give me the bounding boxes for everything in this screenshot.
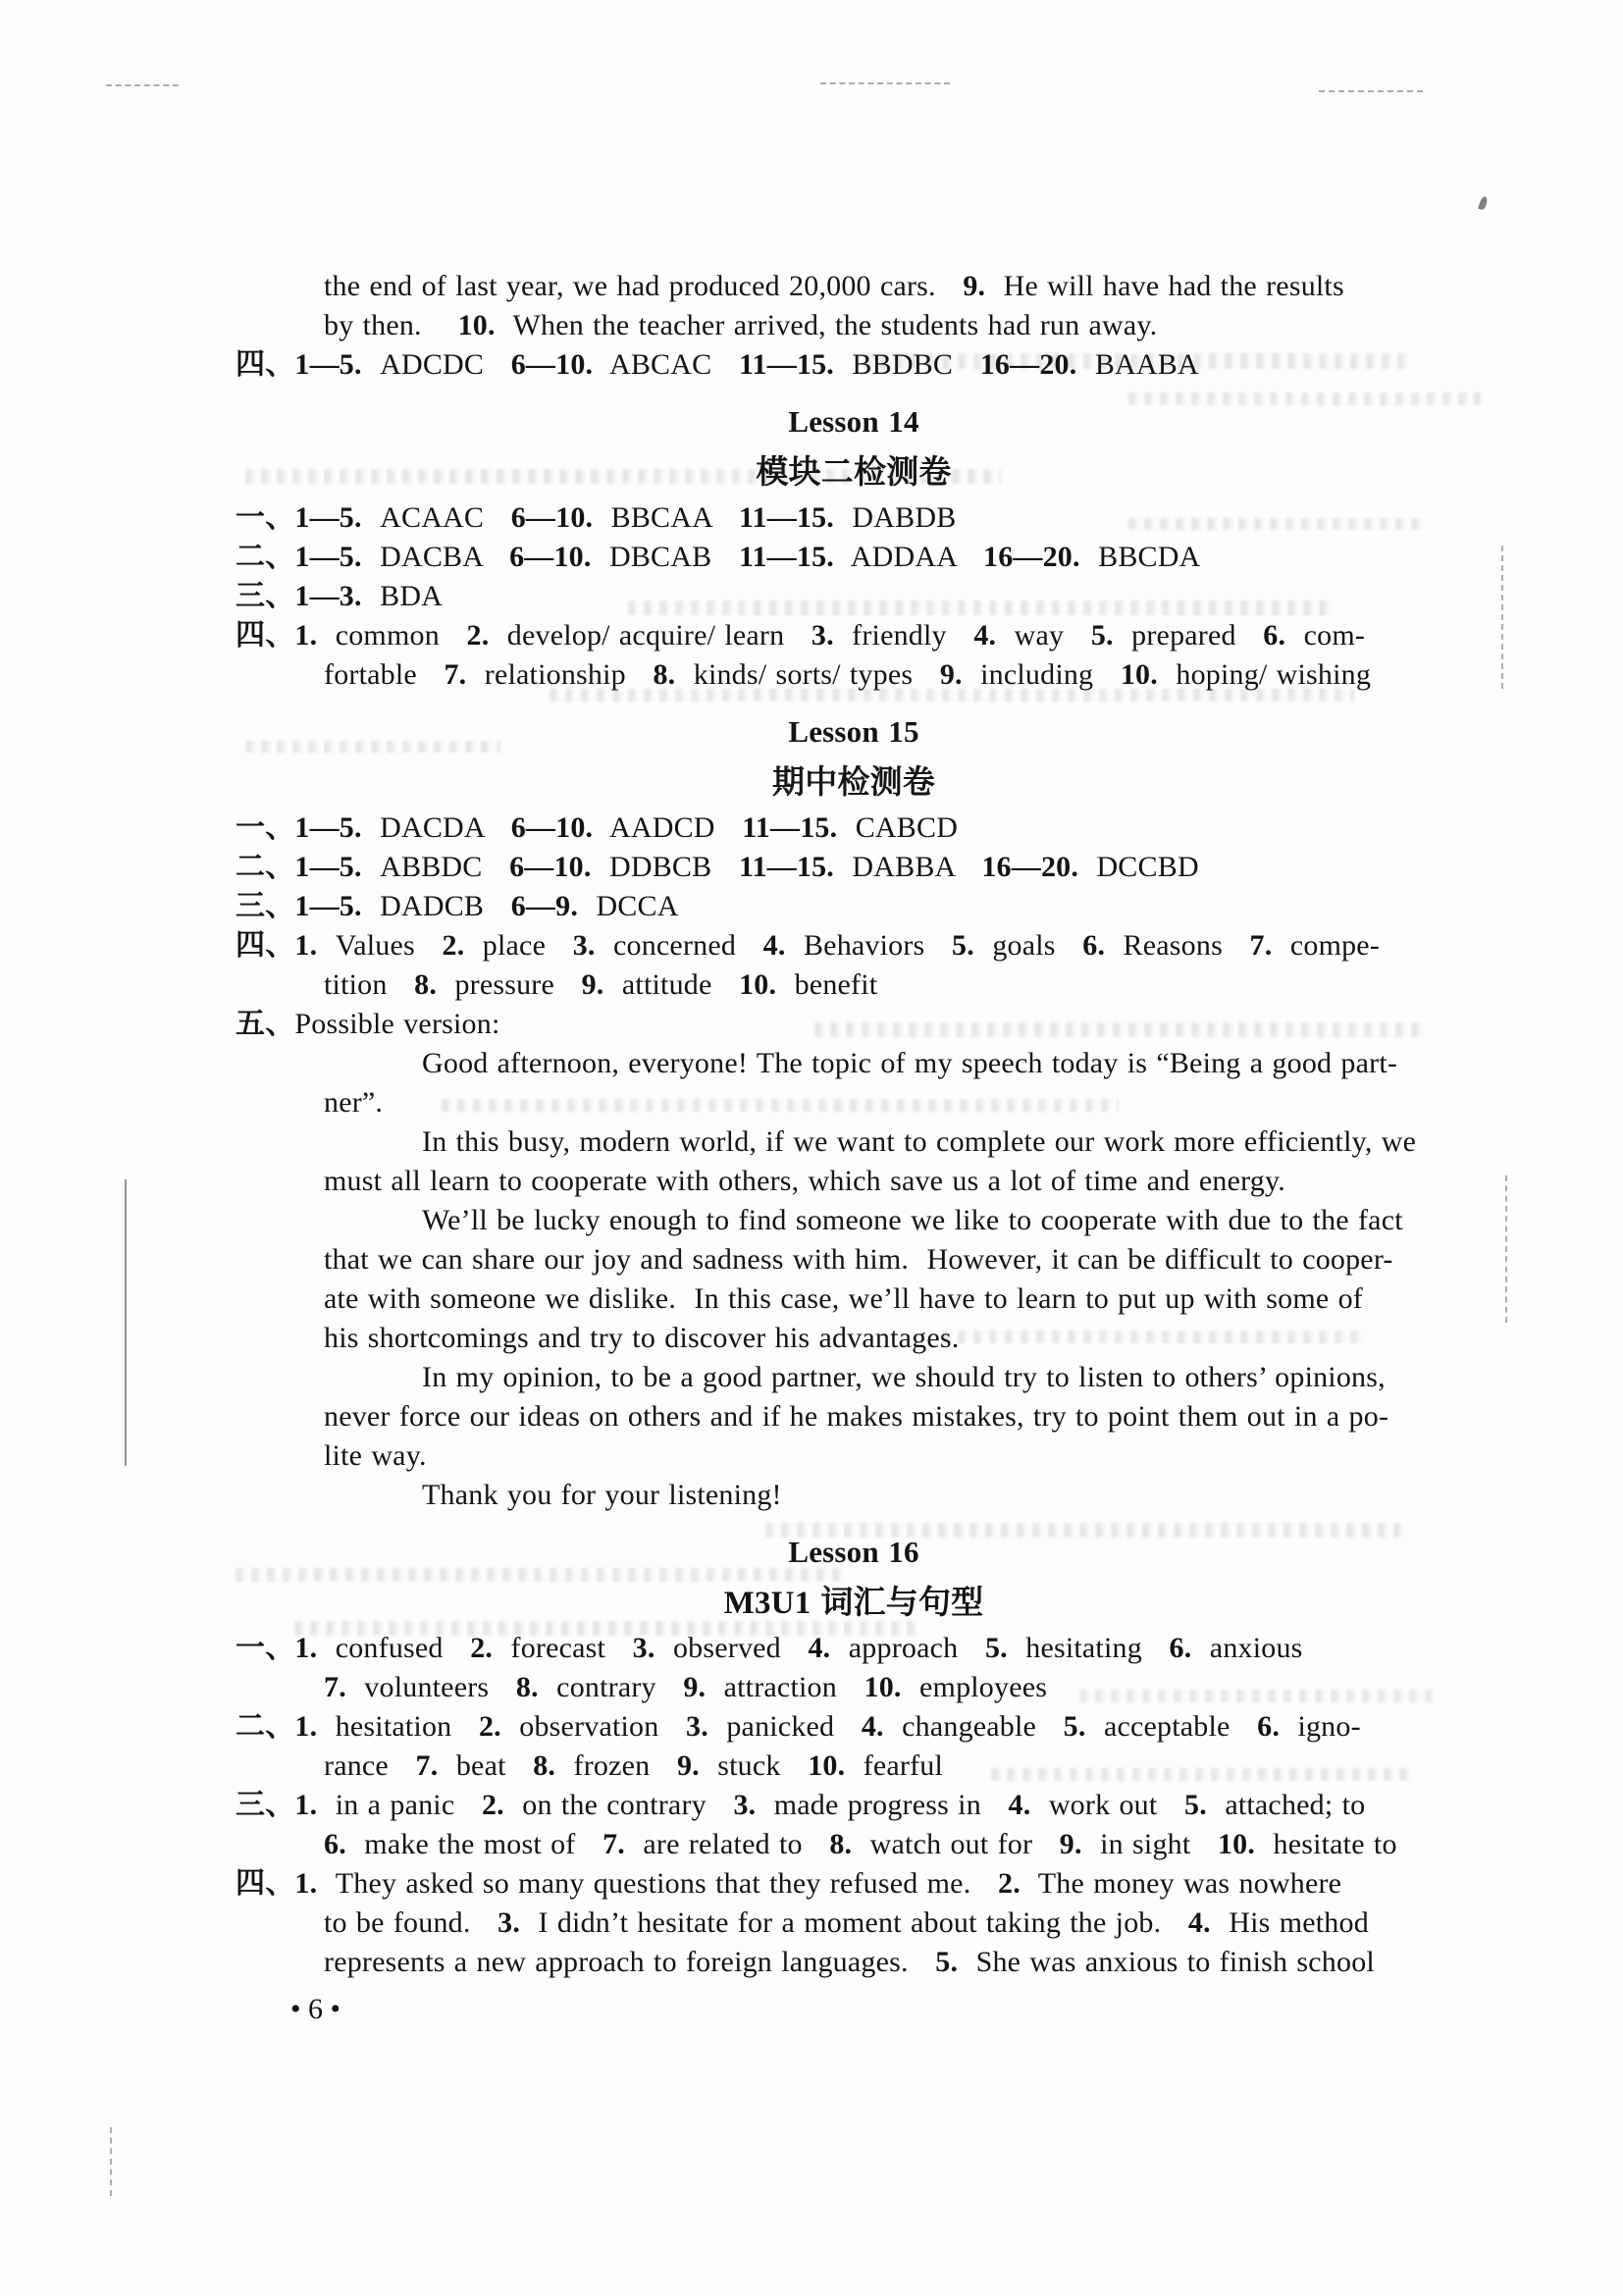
- answer-line-continued: 6. make the most of 7. are related to 8.…: [324, 1825, 1623, 1864]
- answer-line: 二、1—5. DACBA 6—10. DBCAB 11—15. ADDAA 16…: [236, 538, 1623, 577]
- section-title: 期中检测卷: [236, 763, 1472, 803]
- answer-line-continued: fortable 7. relationship 8. kinds/ sorts…: [324, 655, 1623, 695]
- speech-paragraph-line: never force our ideas on others and if h…: [324, 1397, 1623, 1436]
- answer-line-continued: by then. 10. When the teacher arrived, t…: [324, 306, 1623, 345]
- answer-line-continued: rance 7. beat 8. frozen 9. stuck 10. fea…: [324, 1747, 1623, 1786]
- answer-line-continued: 7. volunteers 8. contrary 9. attraction …: [324, 1668, 1623, 1707]
- scan-artifact-dash: [1319, 90, 1423, 92]
- answer-line: 四、1—5. ADCDC 6—10. ABCAC 11—15. BBDBC 16…: [236, 345, 1623, 385]
- speech-paragraph-line: Good afternoon, everyone! The topic of m…: [422, 1044, 1623, 1083]
- answer-line: 二、1—5. ABBDC 6—10. DDBCB 11—15. DABBA 16…: [236, 848, 1623, 887]
- answer-line-continued: the end of last year, we had produced 20…: [324, 267, 1623, 306]
- speech-paragraph-line: his shortcomings and try to discover his…: [324, 1319, 1623, 1358]
- scan-artifact-dash: [110, 2127, 112, 2196]
- text-column: the end of last year, we had produced 20…: [0, 267, 1623, 1982]
- answer-line: 四、1. They asked so many questions that t…: [236, 1864, 1623, 1904]
- answer-line: 一、1. confused 2. forecast 3. observed 4.…: [236, 1629, 1623, 1668]
- speech-paragraph-line: Thank you for your listening!: [422, 1476, 1623, 1515]
- answer-line: 三、1—3. BDA: [236, 577, 1623, 616]
- answer-line: 四、1. Values 2. place 3. concerned 4. Beh…: [236, 926, 1623, 965]
- page-number: • 6 •: [290, 1990, 340, 2029]
- answer-line: 五、Possible version:: [236, 1005, 1623, 1044]
- answer-line-continued: to be found. 3. I didn’t hesitate for a …: [324, 1904, 1623, 1943]
- scan-artifact-dash: [820, 82, 950, 84]
- speech-paragraph-line: must all learn to cooperate with others,…: [324, 1162, 1623, 1201]
- answer-line-continued: represents a new approach to foreign lan…: [324, 1943, 1623, 1982]
- lesson-heading: Lesson 14: [236, 402, 1472, 442]
- answer-line: 一、1—5. ACAAC 6—10. BBCAA 11—15. DABDB: [236, 498, 1623, 538]
- speech-paragraph-line: that we can share our joy and sadness wi…: [324, 1240, 1623, 1279]
- section-title: 模块二检测卷: [236, 453, 1472, 493]
- lesson-heading: Lesson 16: [236, 1533, 1472, 1572]
- scanned-answer-page: the end of last year, we had produced 20…: [0, 0, 1623, 2296]
- speech-paragraph-line: ate with someone we dislike. In this cas…: [324, 1279, 1623, 1319]
- answer-line-continued: tition 8. pressure 9. attitude 10. benef…: [324, 965, 1623, 1005]
- answer-line: 三、1. in a panic 2. on the contrary 3. ma…: [236, 1786, 1623, 1825]
- answer-line: 二、1. hesitation 2. observation 3. panick…: [236, 1707, 1623, 1747]
- speech-paragraph-line: We’ll be lucky enough to find someone we…: [422, 1201, 1623, 1240]
- answer-line: 三、1—5. DADCB 6—9. DCCA: [236, 887, 1623, 926]
- speech-paragraph-line: ner”.: [324, 1083, 1623, 1122]
- section-title: M3U1 词汇与句型: [236, 1584, 1472, 1623]
- answer-line: 一、1—5. DACDA 6—10. AADCD 11—15. CABCD: [236, 809, 1623, 848]
- speech-paragraph-line: In this busy, modern world, if we want t…: [422, 1122, 1623, 1162]
- lesson-heading: Lesson 15: [236, 712, 1472, 752]
- answer-line: 四、1. common 2. develop/ acquire/ learn 3…: [236, 616, 1623, 655]
- speech-paragraph-line: In my opinion, to be a good partner, we …: [422, 1358, 1623, 1397]
- scan-artifact-dash: [106, 84, 179, 86]
- scan-artifact-mark: [1478, 195, 1489, 210]
- speech-paragraph-line: lite way.: [324, 1436, 1623, 1476]
